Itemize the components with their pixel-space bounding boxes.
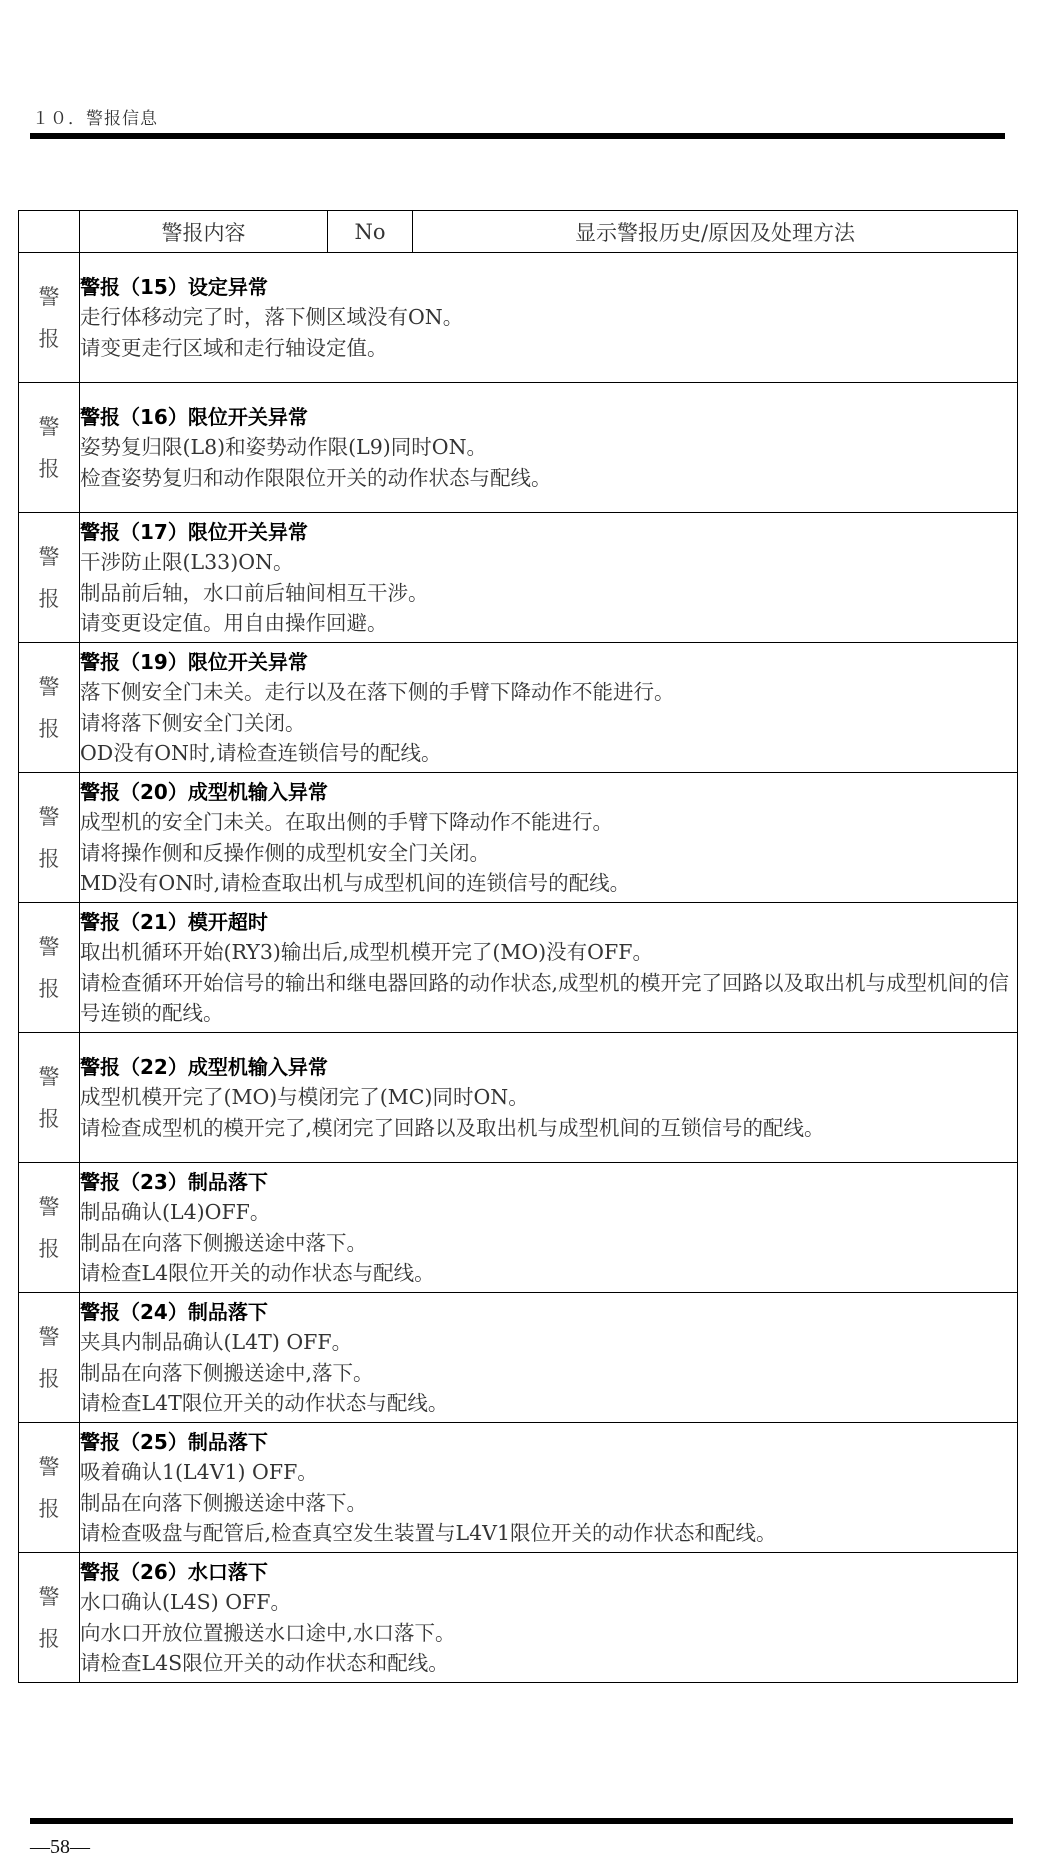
alarm-content-cell: 警报（23）制品落下制品确认(L4)OFF。制品在向落下侧搬送途中落下。请检查L… bbox=[80, 1163, 1018, 1293]
alarm-type-char: 警 bbox=[19, 1186, 79, 1228]
alarm-description-line: 向水口开放位置搬送水口途中,水口落下。 bbox=[80, 1618, 1017, 1649]
table-row: 警报警报（15）设定异常走行体移动完了时，落下侧区域没有ON。请变更走行区域和走… bbox=[19, 253, 1018, 383]
alarm-type-cell: 警报 bbox=[19, 643, 80, 773]
alarm-title: 警报（25）制品落下 bbox=[80, 1427, 1017, 1458]
page-number: —58— bbox=[30, 1836, 90, 1859]
alarm-description-line: 吸着确认1(L4V1) OFF。 bbox=[80, 1457, 1017, 1488]
alarm-type-char: 警 bbox=[19, 276, 79, 318]
alarm-description-line: 请检查成型机的模开完了,模闭完了回路以及取出机与成型机间的互锁信号的配线。 bbox=[80, 1113, 1017, 1144]
table-row: 警报警报（19）限位开关异常落下侧安全门未关。走行以及在落下侧的手臂下降动作不能… bbox=[19, 643, 1018, 773]
alarm-type-cell: 警报 bbox=[19, 1293, 80, 1423]
alarm-type-char: 报 bbox=[19, 1098, 79, 1140]
alarm-description-line: 请变更走行区域和走行轴设定值。 bbox=[80, 333, 1017, 364]
table-row: 警报警报（23）制品落下制品确认(L4)OFF。制品在向落下侧搬送途中落下。请检… bbox=[19, 1163, 1018, 1293]
alarm-title: 警报（20）成型机输入异常 bbox=[80, 777, 1017, 808]
section-title: １０．警报信息 bbox=[32, 104, 158, 129]
alarm-title: 警报（19）限位开关异常 bbox=[80, 647, 1017, 678]
column-header-alarm-content: 警报内容 bbox=[80, 211, 328, 253]
table-row: 警报警报（24）制品落下夹具内制品确认(L4T) OFF。制品在向落下侧搬送途中… bbox=[19, 1293, 1018, 1423]
alarm-description-line: 成型机模开完了(MO)与模闭完了(MC)同时ON。 bbox=[80, 1082, 1017, 1113]
alarm-content-cell: 警报（22）成型机输入异常成型机模开完了(MO)与模闭完了(MC)同时ON。请检… bbox=[80, 1033, 1018, 1163]
alarm-type-char: 警 bbox=[19, 1446, 79, 1488]
alarm-content-cell: 警报（15）设定异常走行体移动完了时，落下侧区域没有ON。请变更走行区域和走行轴… bbox=[80, 253, 1018, 383]
alarm-description-line: 落下侧安全门未关。走行以及在落下侧的手臂下降动作不能进行。 bbox=[80, 677, 1017, 708]
alarm-type-cell: 警报 bbox=[19, 1423, 80, 1553]
alarm-description-line: 取出机循环开始(RY3)输出后,成型机模开完了(MO)没有OFF。 bbox=[80, 937, 1017, 968]
column-header-no: No bbox=[328, 211, 413, 253]
alarm-description-line: 请检查L4S限位开关的动作状态和配线。 bbox=[80, 1648, 1017, 1679]
alarm-type-char: 报 bbox=[19, 838, 79, 880]
alarm-type-char: 报 bbox=[19, 1358, 79, 1400]
alarm-type-cell: 警报 bbox=[19, 1163, 80, 1293]
alarm-type-char: 警 bbox=[19, 406, 79, 448]
alarm-type-char: 警 bbox=[19, 926, 79, 968]
alarm-description-line: 制品确认(L4)OFF。 bbox=[80, 1197, 1017, 1228]
alarm-description-line: 制品在向落下侧搬送途中,落下。 bbox=[80, 1358, 1017, 1389]
alarm-description-line: 请检查L4T限位开关的动作状态与配线。 bbox=[80, 1388, 1017, 1419]
alarm-description-line: 走行体移动完了时，落下侧区域没有ON。 bbox=[80, 302, 1017, 333]
alarm-type-cell: 警报 bbox=[19, 1553, 80, 1683]
alarm-description-line: 请检查吸盘与配管后,检查真空发生装置与L4V1限位开关的动作状态和配线。 bbox=[80, 1518, 1017, 1549]
alarm-type-char: 报 bbox=[19, 968, 79, 1010]
alarm-content-cell: 警报（26）水口落下水口确认(L4S) OFF。向水口开放位置搬送水口途中,水口… bbox=[80, 1553, 1018, 1683]
column-header-type bbox=[19, 211, 80, 253]
table-row: 警报警报（17）限位开关异常干涉防止限(L33)ON。制品前后轴，水口前后轴间相… bbox=[19, 513, 1018, 643]
table-row: 警报警报（21）模开超时取出机循环开始(RY3)输出后,成型机模开完了(MO)没… bbox=[19, 903, 1018, 1033]
alarm-type-char: 警 bbox=[19, 1576, 79, 1618]
alarm-type-char: 报 bbox=[19, 448, 79, 490]
alarm-description-line: 干涉防止限(L33)ON。 bbox=[80, 547, 1017, 578]
table-row: 警报警报（25）制品落下吸着确认1(L4V1) OFF。制品在向落下侧搬送途中落… bbox=[19, 1423, 1018, 1553]
alarm-type-char: 警 bbox=[19, 536, 79, 578]
alarm-content-cell: 警报（19）限位开关异常落下侧安全门未关。走行以及在落下侧的手臂下降动作不能进行… bbox=[80, 643, 1018, 773]
alarm-title: 警报（22）成型机输入异常 bbox=[80, 1052, 1017, 1083]
alarm-description-line: MD没有ON时,请检查取出机与成型机间的连锁信号的配线。 bbox=[80, 868, 1017, 899]
alarm-content-cell: 警报（25）制品落下吸着确认1(L4V1) OFF。制品在向落下侧搬送途中落下。… bbox=[80, 1423, 1018, 1553]
alarm-title: 警报（16）限位开关异常 bbox=[80, 402, 1017, 433]
column-header-history-cause-remedy: 显示警报历史/原因及处理方法 bbox=[413, 211, 1018, 253]
alarm-content-cell: 警报（17）限位开关异常干涉防止限(L33)ON。制品前后轴，水口前后轴间相互干… bbox=[80, 513, 1018, 643]
alarm-description-line: 制品前后轴，水口前后轴间相互干涉。 bbox=[80, 578, 1017, 609]
alarm-description-line: 姿势复归限(L8)和姿势动作限(L9)同时ON。 bbox=[80, 432, 1017, 463]
alarm-content-cell: 警报（24）制品落下夹具内制品确认(L4T) OFF。制品在向落下侧搬送途中,落… bbox=[80, 1293, 1018, 1423]
table-row: 警报警报（20）成型机输入异常成型机的安全门未关。在取出侧的手臂下降动作不能进行… bbox=[19, 773, 1018, 903]
alarm-description-line: 请检查循环开始信号的输出和继电器回路的动作状态,成型机的模开完了回路以及取出机与… bbox=[80, 968, 1017, 1029]
alarm-type-cell: 警报 bbox=[19, 253, 80, 383]
alarm-title: 警报（17）限位开关异常 bbox=[80, 517, 1017, 548]
alarm-type-cell: 警报 bbox=[19, 903, 80, 1033]
header-rule bbox=[30, 133, 1005, 139]
alarm-type-cell: 警报 bbox=[19, 1033, 80, 1163]
alarm-description-line: 夹具内制品确认(L4T) OFF。 bbox=[80, 1327, 1017, 1358]
alarm-description-line: 请检查L4限位开关的动作状态与配线。 bbox=[80, 1258, 1017, 1289]
alarm-type-cell: 警报 bbox=[19, 773, 80, 903]
alarm-type-char: 报 bbox=[19, 578, 79, 620]
alarm-description-line: 制品在向落下侧搬送途中落下。 bbox=[80, 1488, 1017, 1519]
alarm-content-cell: 警报（16）限位开关异常姿势复归限(L8)和姿势动作限(L9)同时ON。检查姿势… bbox=[80, 383, 1018, 513]
alarm-title: 警报（24）制品落下 bbox=[80, 1297, 1017, 1328]
alarm-content-cell: 警报（21）模开超时取出机循环开始(RY3)输出后,成型机模开完了(MO)没有O… bbox=[80, 903, 1018, 1033]
alarm-description-line: 检查姿势复归和动作限限位开关的动作状态与配线。 bbox=[80, 463, 1017, 494]
alarm-type-char: 报 bbox=[19, 318, 79, 360]
footer-rule bbox=[30, 1818, 1013, 1824]
alarm-table: 警报内容 No 显示警报历史/原因及处理方法 警报警报（15）设定异常走行体移动… bbox=[18, 210, 1018, 1683]
alarm-description-line: 请将落下侧安全门关闭。 bbox=[80, 708, 1017, 739]
alarm-description-line: 请将操作侧和反操作侧的成型机安全门关闭。 bbox=[80, 838, 1017, 869]
alarm-title: 警报（15）设定异常 bbox=[80, 272, 1017, 303]
alarm-type-char: 报 bbox=[19, 708, 79, 750]
table-row: 警报警报（22）成型机输入异常成型机模开完了(MO)与模闭完了(MC)同时ON。… bbox=[19, 1033, 1018, 1163]
alarm-type-char: 报 bbox=[19, 1618, 79, 1660]
table-header-row: 警报内容 No 显示警报历史/原因及处理方法 bbox=[19, 211, 1018, 253]
alarm-description-line: 制品在向落下侧搬送途中落下。 bbox=[80, 1228, 1017, 1259]
alarm-type-cell: 警报 bbox=[19, 513, 80, 643]
alarm-description-line: OD没有ON时,请检查连锁信号的配线。 bbox=[80, 738, 1017, 769]
alarm-description-line: 请变更设定值。用自由操作回避。 bbox=[80, 608, 1017, 639]
alarm-type-char: 警 bbox=[19, 1056, 79, 1098]
table-row: 警报警报（16）限位开关异常姿势复归限(L8)和姿势动作限(L9)同时ON。检查… bbox=[19, 383, 1018, 513]
alarm-description-line: 水口确认(L4S) OFF。 bbox=[80, 1587, 1017, 1618]
table-row: 警报警报（26）水口落下水口确认(L4S) OFF。向水口开放位置搬送水口途中,… bbox=[19, 1553, 1018, 1683]
alarm-type-char: 警 bbox=[19, 1316, 79, 1358]
alarm-type-char: 警 bbox=[19, 796, 79, 838]
alarm-type-cell: 警报 bbox=[19, 383, 80, 513]
alarm-title: 警报（21）模开超时 bbox=[80, 907, 1017, 938]
alarm-type-char: 报 bbox=[19, 1228, 79, 1270]
alarm-title: 警报（23）制品落下 bbox=[80, 1167, 1017, 1198]
alarm-content-cell: 警报（20）成型机输入异常成型机的安全门未关。在取出侧的手臂下降动作不能进行。请… bbox=[80, 773, 1018, 903]
alarm-title: 警报（26）水口落下 bbox=[80, 1557, 1017, 1588]
alarm-type-char: 报 bbox=[19, 1488, 79, 1530]
alarm-type-char: 警 bbox=[19, 666, 79, 708]
alarm-description-line: 成型机的安全门未关。在取出侧的手臂下降动作不能进行。 bbox=[80, 807, 1017, 838]
